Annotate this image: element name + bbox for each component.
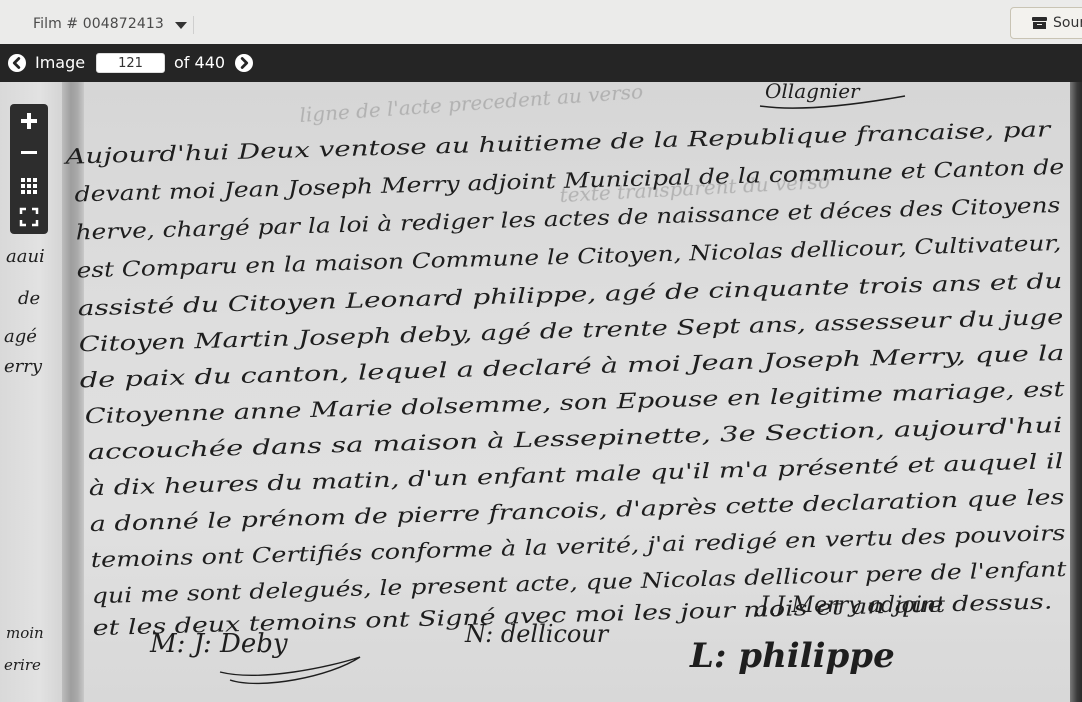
chevron-right-circle-icon[interactable] — [235, 54, 253, 72]
film-bar-divider — [193, 16, 194, 34]
grid-view-button[interactable] — [10, 168, 48, 200]
margin-fragment: de — [18, 288, 40, 309]
signature-merry: J J Merry adjoint — [756, 593, 945, 618]
margin-fragment: agé — [4, 326, 37, 347]
source-button[interactable]: Sour — [1010, 7, 1082, 39]
handwritten-record: ligne de l'acte precedent au verso texte… — [0, 82, 1082, 702]
fullscreen-button[interactable] — [10, 200, 48, 232]
header-note: Ollagnier — [765, 82, 861, 103]
margin-fragment: aaui — [6, 246, 45, 267]
margin-fragment: erry — [4, 356, 43, 377]
document-image-viewer[interactable]: ligne de l'acte precedent au verso texte… — [0, 82, 1082, 702]
chevron-left-circle-icon[interactable] — [8, 54, 26, 72]
image-nav-bar: Image of 440 — [0, 44, 1082, 82]
zoom-out-button[interactable] — [10, 136, 48, 168]
film-number-label: Film # 004872413 — [33, 16, 164, 32]
zoom-in-button[interactable] — [10, 104, 48, 136]
signature-philippe: L: philippe — [689, 636, 895, 676]
image-label: Image — [35, 53, 85, 72]
image-total-label: of 440 — [174, 53, 225, 72]
svg-text:ligne de l'acte precedent au v: ligne de l'acte precedent au verso — [299, 82, 644, 127]
fullscreen-icon — [19, 207, 39, 227]
signature-dellicour: N: dellicour — [464, 620, 610, 648]
image-number-input[interactable] — [96, 53, 165, 73]
film-bar: Film # 004872413 Sour — [0, 0, 1082, 44]
plus-icon — [19, 111, 39, 131]
margin-fragment: erire — [4, 656, 41, 674]
caret-down-icon[interactable] — [175, 22, 187, 29]
grid-icon — [19, 175, 39, 195]
signature-deby: M: J: Deby — [149, 629, 288, 659]
archive-box-icon — [1032, 17, 1047, 29]
zoom-controls — [10, 104, 48, 234]
margin-fragment: moin — [6, 624, 44, 642]
minus-icon — [19, 143, 39, 163]
source-button-label: Sour — [1053, 15, 1082, 31]
